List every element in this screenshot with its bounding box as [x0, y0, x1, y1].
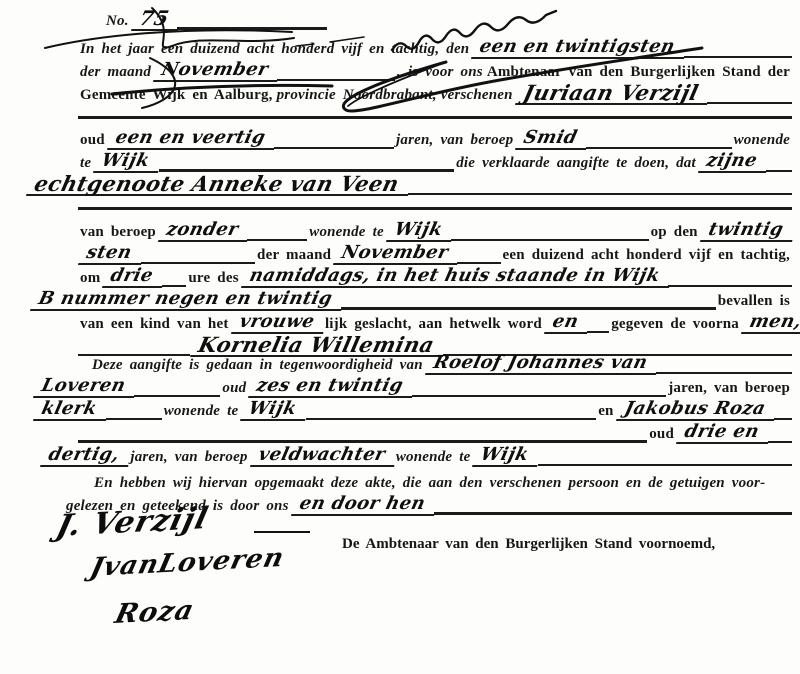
ruled-blank — [162, 285, 186, 287]
form-line: dertig, jaren, van beroep veldwachter wo… — [40, 444, 792, 467]
form-line: B nummer negen en twintig bevallen is — [30, 288, 792, 311]
ruled-blank — [434, 512, 792, 515]
printed-text: een duizend acht honderd vijf en tachtig… — [501, 246, 792, 265]
ruled-blank — [774, 418, 792, 420]
handwritten-time-place: namiddags, in het huis staande in Wijk — [241, 265, 674, 288]
paragraph-witnesses: Deze aangifte is gedaan in tegenwoordigh… — [78, 352, 792, 467]
form-line: echtgenoote Anneke van Veen — [26, 173, 792, 196]
ruled-blank — [538, 464, 792, 466]
ruled-blank — [274, 147, 394, 149]
signature-flourishes — [0, 0, 800, 134]
form-line: van beroep zonder wonende te Wijk op den… — [78, 219, 792, 242]
form-line: En hebben wij hiervan opgemaakt deze akt… — [64, 470, 792, 493]
handwritten-mother-name: echtgenoote Anneke van Veen — [26, 173, 413, 196]
ruled-blank — [306, 418, 597, 420]
ruled-blank — [106, 418, 162, 420]
form-line: van een kind van het vrouwe lijk geslach… — [78, 311, 792, 334]
printed-text: op den — [649, 223, 700, 242]
ruled-blank — [408, 193, 792, 195]
ruled-blank — [78, 440, 647, 443]
printed-text: wonende te — [307, 223, 386, 242]
handwritten-suffix: en — [544, 311, 593, 334]
ruled-blank — [587, 331, 609, 333]
printed-text: bevallen is — [716, 292, 792, 311]
ruled-blank — [141, 262, 255, 264]
ruled-blank — [451, 239, 648, 241]
ruled-blank — [78, 207, 792, 210]
handwritten-age: zes en twintig — [248, 375, 417, 398]
ruled-blank — [341, 307, 716, 310]
printed-text: jaren, van beroep — [666, 379, 792, 398]
ruled-blank — [766, 170, 792, 172]
ruled-blank — [247, 239, 307, 241]
printed-text: wonende te — [162, 402, 241, 421]
handwritten-age-suffix: dertig, — [40, 444, 134, 467]
declarant-signature: J. Verzijl — [53, 501, 212, 544]
ruled-blank — [134, 395, 220, 397]
form-line: Loveren oud zes en twintig jaren, van be… — [33, 375, 792, 398]
printed-text: wonende te — [394, 448, 473, 467]
handwritten-age: drie en — [676, 421, 773, 444]
ruled-blank — [586, 147, 731, 149]
paragraph-birth: van beroep zonder wonende te Wijk op den… — [78, 219, 792, 357]
handwritten-text: en door hen — [291, 493, 439, 516]
handwritten-text: zijne — [698, 150, 771, 173]
printed-text: van beroep — [78, 223, 158, 242]
handwritten-occupation: zonder — [158, 219, 253, 242]
printed-text: jaren, van beroep — [128, 448, 249, 467]
handwritten-hour: drie — [102, 265, 167, 288]
handwritten-house-number: B nummer negen en twintig — [30, 288, 346, 311]
ruled-blank — [656, 372, 792, 374]
ruled-blank — [768, 441, 792, 443]
ruled-blank — [412, 395, 666, 397]
printed-text: Deze aangifte is gedaan in tegenwoordigh… — [78, 356, 425, 375]
form-line — [78, 196, 792, 211]
handwritten-witness1-surname: Loveren — [33, 375, 140, 398]
handwritten-day-suffix: sten — [78, 242, 146, 265]
form-line: klerk wonende te Wijk en Jakobus Roza — [33, 398, 792, 421]
handwritten-gender: vrouwe — [231, 311, 329, 334]
handwritten-suffix: men, — [741, 311, 800, 334]
official-caption: De Ambtenaar van den Burgerlijken Stand … — [342, 536, 715, 553]
form-line: Deze aangifte is gedaan in tegenwoordigh… — [78, 352, 792, 375]
form-line: oud drie en — [78, 421, 792, 444]
printed-text: die verklaarde aangifte te doen, dat — [454, 154, 698, 173]
printed-text: gegeven de voorna — [609, 315, 741, 334]
handwritten-month: November — [333, 242, 462, 265]
handwritten-occupation: klerk — [33, 398, 111, 421]
handwritten-witness2-name: Jakobus Roza — [616, 398, 780, 421]
form-line: om drie ure des namiddags, in het huis s… — [78, 265, 792, 288]
handwritten-residence: Wijk — [472, 444, 543, 467]
signature-flourish — [254, 531, 310, 533]
ruled-blank — [668, 285, 792, 287]
form-line: sten der maand November een duizend acht… — [78, 242, 792, 265]
handwritten-day: twintig — [700, 219, 798, 242]
birth-certificate-page: No. 75 In het jaar een duizend acht hond… — [0, 0, 800, 674]
printed-text: om — [78, 269, 102, 288]
printed-text: En hebben wij hiervan opgemaakt deze akt… — [64, 474, 767, 493]
paragraph-declarant: oud een en veertig jaren, van beroep Smi… — [78, 127, 792, 211]
printed-text: ure des — [186, 269, 240, 288]
handwritten-witness1-name: Roelof Johannes van — [425, 352, 662, 375]
handwritten-occupation: veldwachter — [250, 444, 400, 467]
printed-text: oud — [220, 379, 248, 398]
form-line: te Wijk die verklaarde aangifte te doen,… — [78, 150, 792, 173]
printed-text: oud — [647, 425, 676, 444]
handwritten-residence: Wijk — [93, 150, 164, 173]
ruled-blank — [457, 262, 500, 264]
witness2-signature: Roza — [112, 595, 198, 630]
handwritten-residence: Wijk — [240, 398, 311, 421]
witness1-signature: JvanLoveren — [87, 543, 287, 583]
printed-text: en — [596, 402, 615, 421]
handwritten-residence: Wijk — [386, 219, 457, 242]
printed-text: der maand — [255, 246, 333, 265]
